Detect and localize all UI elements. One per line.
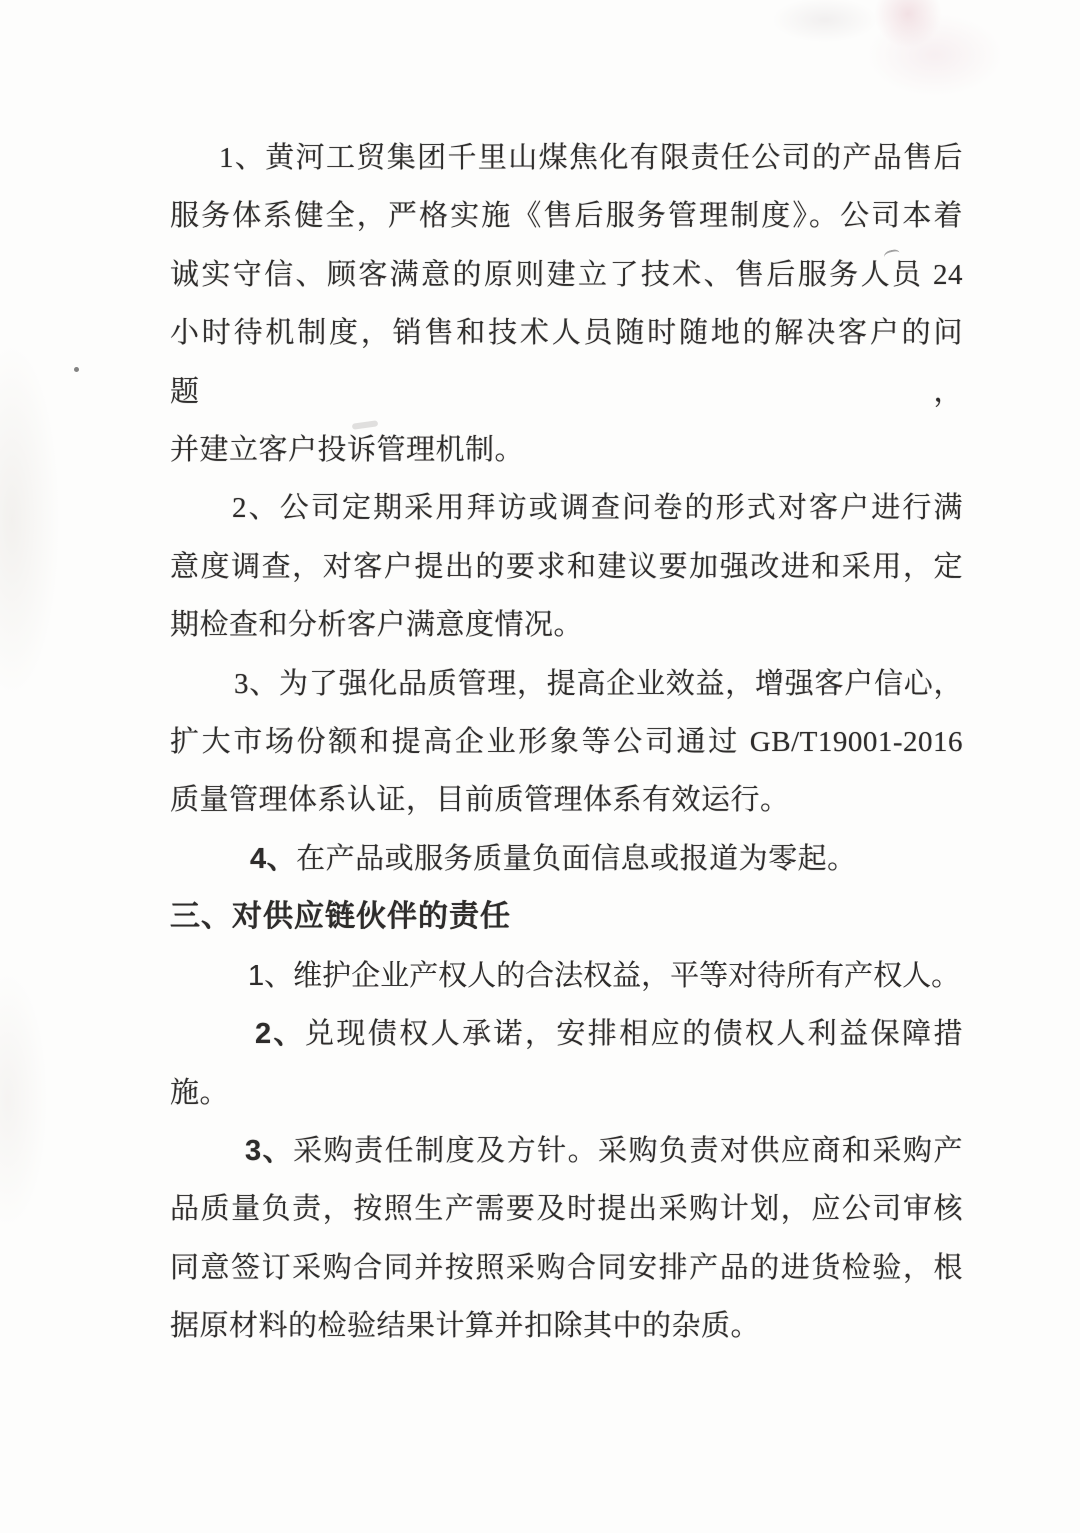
paragraph-line: 服务体系健全，严格实施《售后服务管理制度》。公司本着: [170, 187, 963, 245]
line-text: 黄河工贸集团千里山煤焦化有限责任公司的产品售后: [265, 142, 963, 174]
paragraph-line: 2、公司定期采用拜访或调查问卷的形式对客户进行满: [170, 479, 963, 537]
line-text: 维护企业产权人的合法权益，平等对待所有产权人。: [293, 960, 960, 992]
line-text: 品质量负责，按照生产需要及时提出采购计划，应公司审核: [170, 1193, 963, 1225]
paragraph-line: 质量管理体系认证，目前质管理体系有效运行。: [170, 771, 963, 829]
list-number: 3、: [245, 1135, 293, 1167]
document-body: 1、黄河工贸集团千里山煤焦化有限责任公司的产品售后 服务体系健全，严格实施《售后…: [170, 129, 963, 1356]
line-text: 采购责任制度及方针。采购负责对供应商和采购产: [293, 1135, 963, 1167]
list-number: 1、: [248, 960, 293, 992]
line-text: 在产品或服务质量负面信息或报道为零起。: [296, 843, 857, 875]
list-number: 2、: [232, 492, 280, 524]
paragraph-line: 4、在产品或服务质量负面信息或报道为零起。: [170, 830, 963, 888]
scan-speck-artifact: [74, 367, 79, 372]
line-text: 扩大市场份额和提高企业形象等公司通过 GB/T19001-2016: [170, 726, 963, 758]
line-text: 小时待机制度，销售和技术人员随时随地的解决客户的问题，: [170, 317, 963, 407]
list-number: 1、: [219, 142, 265, 174]
paragraph-line: 并建立客户投诉管理机制。: [170, 421, 963, 479]
paragraph-line: 期检查和分析客户满意度情况。: [170, 596, 963, 654]
line-text: 为了强化品质管理，提高企业效益，增强客户信心，: [279, 668, 963, 700]
paragraph-line: 诚实守信、顾客满意的原则建立了技术、售后服务人员 24: [170, 246, 963, 304]
line-text: 同意签订采购合同并按照采购合同安排产品的进货检验，根: [170, 1252, 963, 1284]
paragraph-line: 品质量负责，按照生产需要及时提出采购计划，应公司审核: [170, 1180, 963, 1238]
paragraph-line: 3、为了强化品质管理，提高企业效益，增强客户信心，: [170, 655, 963, 713]
paragraph-line: 同意签订采购合同并按照采购合同安排产品的进货检验，根: [170, 1239, 963, 1297]
line-text: 公司定期采用拜访或调查问卷的形式对客户进行满: [280, 492, 963, 524]
line-text: 据原材料的检验结果计算并扣除其中的杂质。: [170, 1310, 760, 1342]
list-number: 3、: [234, 668, 279, 700]
line-text: 服务体系健全，严格实施《售后服务管理制度》。公司本着: [170, 200, 963, 232]
paragraph-line: 意度调查，对客户提出的要求和建议要加强改进和采用，定: [170, 538, 963, 596]
paragraph-line: 小时待机制度，销售和技术人员随时随地的解决客户的问题，: [170, 304, 963, 421]
line-text: 质量管理体系认证，目前质管理体系有效运行。: [170, 784, 790, 816]
paragraph-line: 据原材料的检验结果计算并扣除其中的杂质。: [170, 1297, 963, 1355]
line-text: 并建立客户投诉管理机制。: [170, 434, 524, 466]
scanned-document-page: 1、黄河工贸集团千里山煤焦化有限责任公司的产品售后 服务体系健全，严格实施《售后…: [0, 0, 1080, 1533]
section-number: 三、: [170, 900, 232, 933]
paragraph-line: 施。: [170, 1064, 963, 1122]
list-number: 2、: [255, 1018, 305, 1050]
paragraph-line: 1、维护企业产权人的合法权益，平等对待所有产权人。: [170, 947, 963, 1005]
line-text: 施。: [170, 1077, 229, 1109]
paragraph-line: 3、采购责任制度及方针。采购负责对供应商和采购产: [170, 1122, 963, 1180]
list-number: 4、: [250, 843, 296, 875]
paragraph-line: 2、兑现债权人承诺，安排相应的债权人利益保障措: [170, 1005, 963, 1063]
paragraph-line: 1、黄河工贸集团千里山煤焦化有限责任公司的产品售后: [170, 129, 963, 187]
line-text: 诚实守信、顾客满意的原则建立了技术、售后服务人员 24: [170, 259, 963, 291]
line-text: 兑现债权人承诺，安排相应的债权人利益保障措: [305, 1018, 963, 1050]
section-heading-text: 对供应链伙伴的责任: [232, 900, 511, 933]
line-text: 期检查和分析客户满意度情况。: [170, 609, 583, 641]
line-text: 意度调查，对客户提出的要求和建议要加强改进和采用，定: [170, 551, 963, 583]
paragraph-line: 扩大市场份额和提高企业形象等公司通过 GB/T19001-2016: [170, 713, 963, 771]
section-heading: 三、对供应链伙伴的责任: [170, 888, 963, 946]
